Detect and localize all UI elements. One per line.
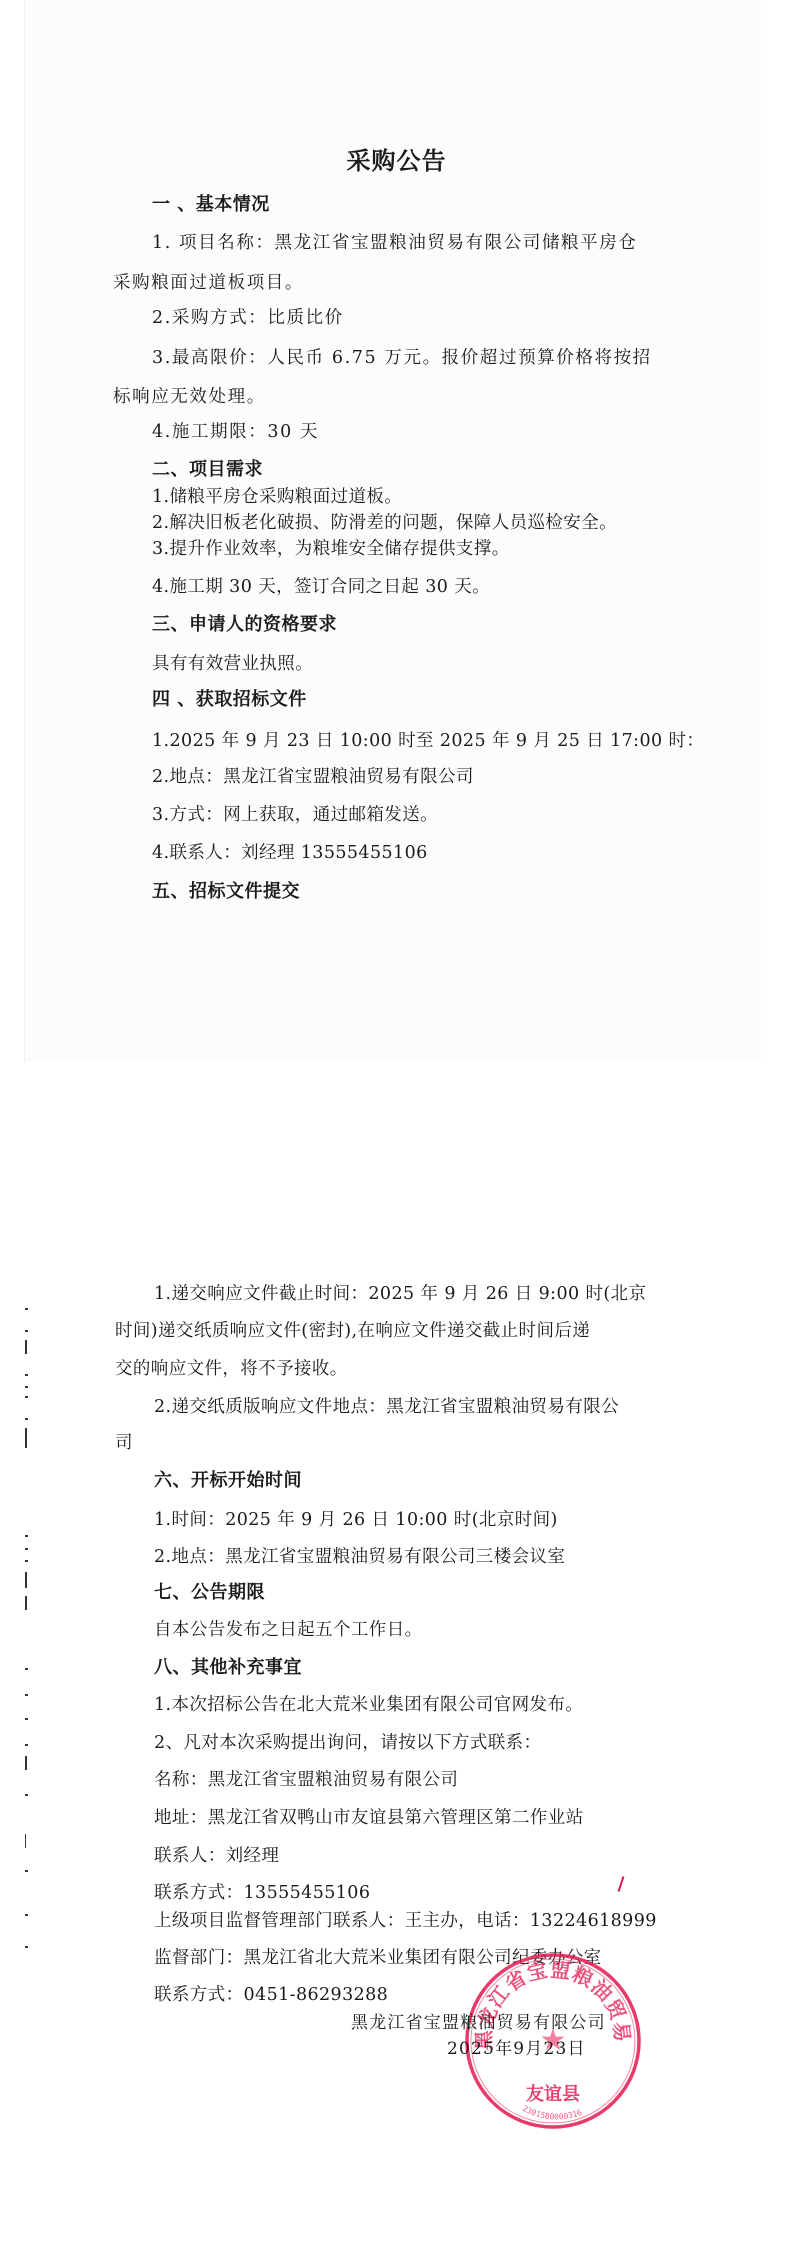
section-heading-requirements: 二、项目需求	[152, 459, 263, 481]
inquiry-note: 2、凡对本次采购提出询问，请按以下方式联系：	[154, 1732, 541, 1754]
scan-artifact	[25, 1794, 28, 1796]
submission-deadline-line1: 1.递交响应文件截止时间：2025 年 9 月 26 日 9:00 时(北京	[154, 1283, 646, 1305]
contact-address: 地址：黑龙江省双鸭山市友谊县第六管理区第二作业站	[154, 1807, 584, 1829]
procurement-method: 2.采购方式：比质比价	[152, 307, 344, 329]
construction-period: 4.施工期限：30 天	[152, 421, 319, 443]
section-heading-obtain-documents: 四 、获取招标文件	[152, 689, 307, 711]
scan-artifact	[25, 1870, 28, 1872]
project-name-line2: 采购粮面过道板项目。	[113, 272, 304, 294]
max-price-line2: 标响应无效处理。	[113, 386, 266, 408]
scan-artifact	[25, 1946, 28, 1948]
opening-time: 1.时间：2025 年 9 月 26 日 10:00 时(北京时间)	[154, 1509, 558, 1531]
scan-artifact	[25, 1718, 28, 1720]
scan-artifact	[25, 1914, 28, 1916]
requirement-item: 4.施工期 30 天，签订合同之日起 30 天。	[152, 576, 490, 598]
obtain-location: 2.地点：黑龙江省宝盟粮油贸易有限公司	[152, 766, 474, 788]
signature-date: 2025年9月23日	[447, 2038, 586, 2060]
publication-note: 1.本次招标公告在北大荒米业集团有限公司官网发布。	[154, 1694, 583, 1716]
signature-company: 黑龙江省宝盟粮油贸易有限公司	[351, 2012, 606, 2034]
scan-artifact	[25, 1386, 28, 1388]
section-heading-qualifications: 三、申请人的资格要求	[152, 614, 337, 636]
notice-period-text: 自本公告发布之日起五个工作日。	[154, 1619, 423, 1641]
scan-artifact	[25, 1308, 28, 1310]
qualification-text: 具有有效营业执照。	[152, 653, 313, 675]
obtain-period: 1.2025 年 9 月 23 日 10:00 时至 2025 年 9 月 25…	[152, 730, 704, 752]
obtain-method: 3.方式：网上获取，通过邮箱发送。	[152, 804, 438, 826]
submission-location-line2: 司	[115, 1432, 133, 1454]
submission-deadline-line2: 时间)递交纸质响应文件(密封),在响应文件递交截止时间后递	[115, 1320, 590, 1342]
max-price-line1: 3.最高限价：人民币 6.75 万元。报价超过预算价格将按招	[152, 347, 652, 369]
scan-artifact	[25, 1374, 28, 1376]
section-heading-notice-period: 七、公告期限	[154, 1582, 265, 1604]
scan-artifact	[25, 1596, 27, 1610]
svg-text:2301580000316: 2301580000316	[521, 2104, 583, 2122]
scan-artifact	[25, 1548, 28, 1550]
scan-artifact	[25, 1694, 28, 1696]
page-title: 采购公告	[0, 146, 793, 176]
scan-artifact	[25, 1396, 28, 1398]
scan-artifact	[25, 1560, 28, 1562]
scan-artifact	[25, 1428, 27, 1448]
requirement-item: 2.解决旧板老化破损、防滑差的问题，保障人员巡检安全。	[152, 512, 617, 534]
scan-artifact	[25, 1572, 27, 1588]
scan-artifact	[25, 1744, 28, 1746]
scan-artifact	[25, 1340, 27, 1354]
svg-text:友谊县: 友谊县	[526, 2083, 580, 2105]
supervisor-contact: 上级项目监督管理部门联系人：王主办，电话：13224618999	[154, 1910, 657, 1932]
opening-location: 2.地点：黑龙江省宝盟粮油贸易有限公司三楼会议室	[154, 1546, 565, 1568]
requirement-item: 1.储粮平房仓采购粮面过道板。	[152, 486, 402, 508]
submission-location-line1: 2.递交纸质版响应文件地点：黑龙江省宝盟粮油贸易有限公	[154, 1396, 619, 1418]
scan-artifact	[25, 1756, 27, 1770]
scan-artifact	[25, 1330, 28, 1332]
contact-company-name: 名称：黑龙江省宝盟粮油贸易有限公司	[154, 1769, 458, 1791]
section-heading-opening-time: 六、开标开始时间	[154, 1470, 302, 1492]
section-heading-other-matters: 八、其他补充事宜	[154, 1657, 302, 1679]
contact-person: 联系人：刘经理	[154, 1845, 279, 1867]
contact-phone: 联系方式：13555455106	[154, 1882, 370, 1904]
scan-artifact	[25, 1535, 28, 1537]
section-heading-basic-info: 一 、基本情况	[152, 194, 270, 216]
obtain-contact: 4.联系人：刘经理 13555455106	[152, 842, 428, 864]
scan-artifact	[25, 1834, 26, 1848]
supervision-phone: 联系方式：0451-86293288	[154, 1984, 388, 2006]
red-pen-mark	[618, 1876, 625, 1892]
scan-artifact	[25, 1668, 28, 1670]
requirement-item: 3.提升作业效率，为粮堆安全储存提供支撑。	[152, 538, 510, 560]
scan-artifact	[25, 1418, 28, 1420]
project-name-line1: 1. 项目名称：黑龙江省宝盟粮油贸易有限公司储粮平房仓	[152, 232, 637, 254]
section-heading-submission: 五、招标文件提交	[152, 881, 300, 903]
submission-deadline-line3: 交的响应文件，将不予接收。	[115, 1358, 348, 1380]
